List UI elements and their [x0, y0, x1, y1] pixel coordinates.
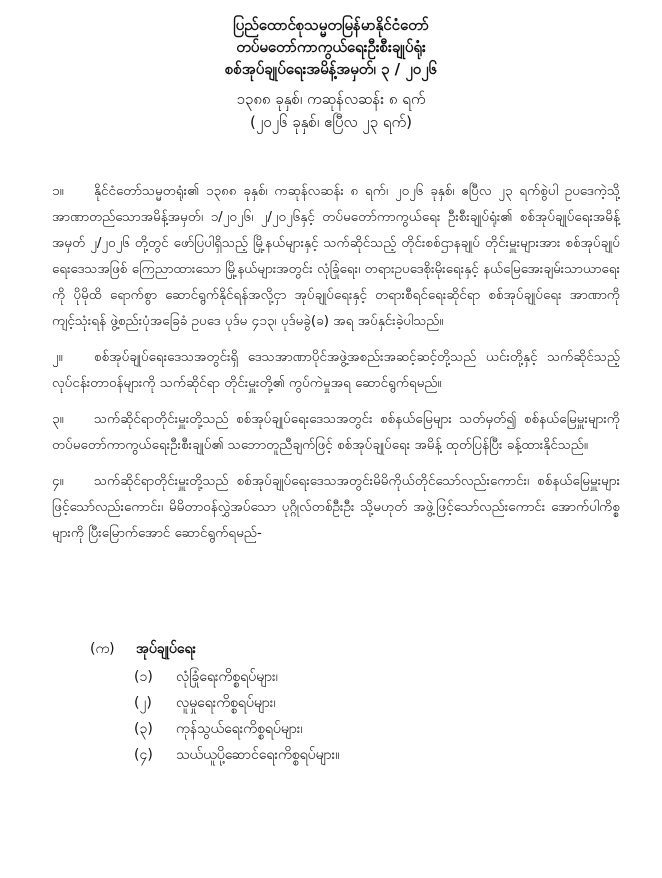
paragraph-text: သက်ဆိုင်ရာတိုင်းမှူးတို့သည် စစ်အုပ်ချုပ်…: [52, 473, 620, 541]
list-item-marker: (၂): [134, 690, 176, 716]
document-body: ၁။နိုင်ငံတော်သမ္မတရုံး၏ ၁၃၈၈ ခုနှစ်၊ ကဆု…: [52, 178, 620, 556]
country-title: ပြည်ထောင်စုသမ္မတမြန်မာနိုင်ငံတော်: [0, 14, 662, 36]
list-item-marker: (၁): [134, 664, 176, 690]
list-item: (၄)သယ်ယူပို့ဆောင်ရေးကိစ္စရပ်များ။: [134, 742, 339, 768]
list-item-text: ကုန်သွယ်ရေးကိစ္စရပ်များ၊: [176, 721, 303, 737]
subsection-heading: (က)အုပ်ချုပ်ရေး: [90, 636, 196, 662]
paragraph-number: ၁။: [52, 178, 94, 204]
list-item-text: လုံခြုံရေးကိစ္စရပ်များ၊: [176, 669, 278, 685]
list-item-marker: (၄): [134, 742, 176, 768]
paragraph-number: ၃။: [52, 406, 94, 432]
paragraph-3: ၃။သက်ဆိုင်ရာတိုင်းမှူးတို့သည် စစ်အုပ်ချု…: [52, 406, 620, 458]
office-title: တပ်မတော်ကာကွယ်ရေးဦးစီးချုပ်ရုံး: [0, 36, 662, 58]
list-item: (၁)လုံခြုံရေးကိစ္စရပ်များ၊: [134, 664, 339, 690]
paragraph-4: ၄။သက်ဆိုင်ရာတိုင်းမှူးတို့သည် စစ်အုပ်ချု…: [52, 468, 620, 546]
paragraph-text: သက်ဆိုင်ရာတိုင်းမှူးတို့သည် စစ်အုပ်ချုပ်…: [52, 411, 620, 453]
list-item-text: လူမှုရေးကိစ္စရပ်များ၊: [176, 695, 276, 711]
date-myanmar-calendar: ၁၃၈၈ ခုနှစ်၊ ကဆုန်လဆန်း ၈ ရက်: [0, 88, 662, 111]
paragraph-2: ၂။စစ်အုပ်ချုပ်ရေးဒေသအတွင်းရှိ ဒေသအာဏာပို…: [52, 344, 620, 396]
list-item: (၂)လူမှုရေးကိစ္စရပ်များ၊: [134, 690, 339, 716]
list-item: (၃)ကုန်သွယ်ရေးကိစ္စရပ်များ၊: [134, 716, 339, 742]
paragraph-number: ၂။: [52, 344, 94, 370]
paragraph-text: နိုင်ငံတော်သမ္မတရုံး၏ ၁၃၈၈ ခုနှစ်၊ ကဆုန်…: [52, 183, 620, 329]
list-item-text: သယ်ယူပို့ဆောင်ရေးကိစ္စရပ်များ။: [176, 747, 339, 763]
subsection-list: (၁)လုံခြုံရေးကိစ္စရပ်များ၊ (၂)လူမှုရေးကိ…: [134, 664, 339, 768]
subsection-marker: (က): [90, 636, 136, 662]
document-page: ပြည်ထောင်စုသမ္မတမြန်မာနိုင်ငံတော် တပ်မတေ…: [0, 0, 662, 878]
subsection-title: အုပ်ချုပ်ရေး: [136, 641, 196, 657]
paragraph-text: စစ်အုပ်ချုပ်ရေးဒေသအတွင်းရှိ ဒေသအာဏာပိုင်…: [52, 349, 620, 391]
paragraph-1: ၁။နိုင်ငံတော်သမ္မတရုံး၏ ၁၃၈၈ ခုနှစ်၊ ကဆု…: [52, 178, 620, 334]
header-gap: [0, 80, 662, 88]
list-item-marker: (၃): [134, 716, 176, 742]
order-number: စစ်အုပ်ချုပ်ရေးအမိန့်အမှတ်၊ ၃ / ၂၀၂၆: [0, 58, 662, 80]
document-header: ပြည်ထောင်စုသမ္မတမြန်မာနိုင်ငံတော် တပ်မတေ…: [0, 14, 662, 134]
paragraph-number: ၄။: [52, 468, 94, 494]
date-gregorian: (၂၀၂၆ ခုနှစ်၊ ဧပြီလ ၂၃ ရက်): [0, 111, 662, 134]
